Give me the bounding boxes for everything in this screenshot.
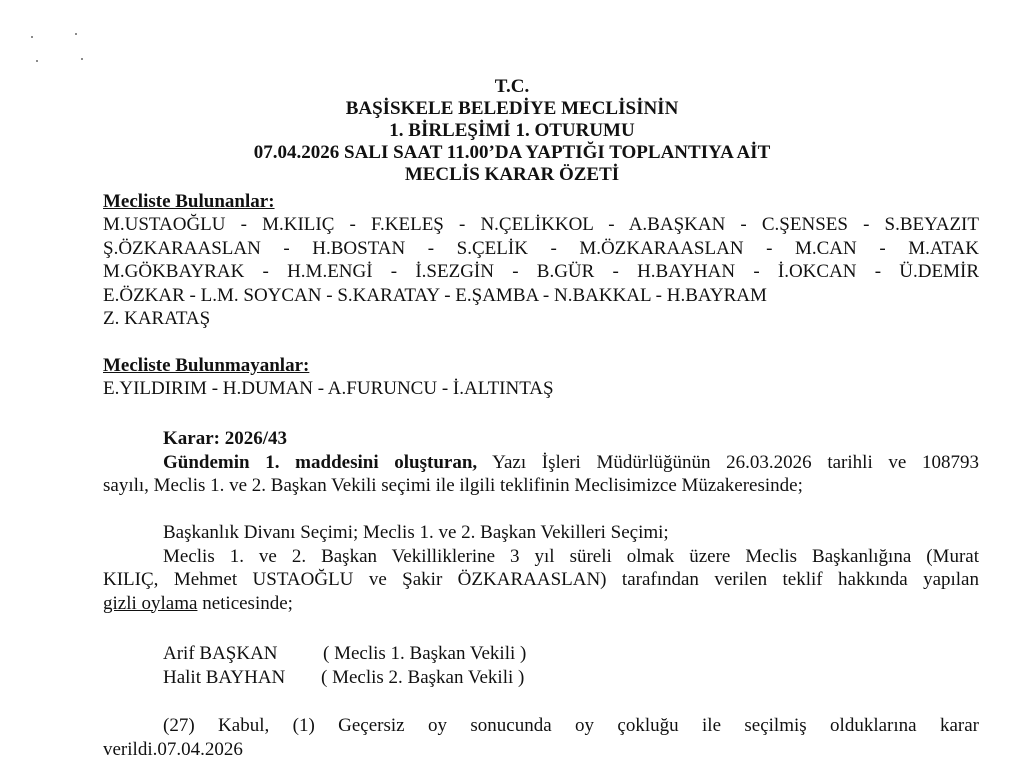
present-members-list: M.USTAOĞLU - M.KILIÇ - F.KELEŞ - N.ÇELİK… bbox=[103, 213, 979, 331]
present-row: Z. KARATAŞ bbox=[103, 307, 979, 331]
present-row: M.GÖKBAYRAK - H.M.ENGİ - İ.SEZGİN - B.GÜ… bbox=[103, 260, 979, 284]
absent-members: E.YILDIRIM - H.DUMAN - A.FURUNCU - İ.ALT… bbox=[103, 377, 554, 401]
present-row: Ş.ÖZKARAASLAN - H.BOSTAN - S.ÇELİK - M.Ö… bbox=[103, 237, 979, 261]
results-list: Arif BAŞKAN( Meclis 1. Başkan Vekili ) H… bbox=[103, 642, 979, 689]
conclusion-line-1: (27) Kabul, (1) Geçersiz oy sonucunda oy… bbox=[103, 714, 979, 738]
present-title: Mecliste Bulunanlar: bbox=[103, 191, 275, 213]
present-row: M.USTAOĞLU - M.KILIÇ - F.KELEŞ - N.ÇELİK… bbox=[103, 213, 979, 237]
proposal-line-1: Meclis 1. ve 2. Başkan Vekilliklerine 3 … bbox=[103, 545, 979, 569]
conclusion-line-2: verildi.07.04.2026 bbox=[103, 738, 979, 762]
proposal-block: Başkanlık Divanı Seçimi; Meclis 1. ve 2.… bbox=[103, 521, 979, 615]
agenda-bold: Gündemin 1. maddesini oluşturan, bbox=[163, 452, 477, 473]
conclusion-block: (27) Kabul, (1) Geçersiz oy sonucunda oy… bbox=[103, 714, 979, 761]
present-row: E.ÖZKAR - L.M. SOYCAN - S.KARATAY - E.ŞA… bbox=[103, 284, 979, 308]
elected-name: Halit BAYHAN bbox=[163, 666, 321, 690]
agenda-line-2: sayılı, Meclis 1. ve 2. Başkan Vekili se… bbox=[103, 474, 979, 498]
election-title: Başkanlık Divanı Seçimi; Meclis 1. ve 2.… bbox=[103, 521, 979, 545]
elected-role: ( Meclis 1. Başkan Vekili ) bbox=[323, 643, 526, 664]
absent-title: Mecliste Bulunmayanlar: bbox=[103, 355, 309, 377]
decision-number: Karar: 2026/43 bbox=[103, 427, 979, 451]
proposal-line-3: gizli oylama neticesinde; bbox=[103, 592, 979, 616]
proposal-line-2: KILIÇ, Mehmet USTAOĞLU ve Şakir ÖZKARAAS… bbox=[103, 568, 979, 592]
proposal-line-3-rest: neticesinde; bbox=[197, 593, 293, 614]
elected-name: Arif BAŞKAN bbox=[163, 642, 323, 666]
document-header: T.C. BAŞİSKELE BELEDİYE MECLİSİNİN 1. Bİ… bbox=[0, 76, 1024, 186]
header-tc: T.C. bbox=[0, 76, 1024, 98]
decision-block: Karar: 2026/43 Gündemin 1. maddesini olu… bbox=[103, 427, 979, 498]
result-row: Halit BAYHAN( Meclis 2. Başkan Vekili ) bbox=[103, 666, 979, 690]
elected-role: ( Meclis 2. Başkan Vekili ) bbox=[321, 667, 524, 688]
header-council: BAŞİSKELE BELEDİYE MECLİSİNİN bbox=[0, 98, 1024, 120]
header-meeting-date: 07.04.2026 SALI SAAT 11.00’DA YAPTIĞI TO… bbox=[0, 142, 1024, 164]
header-summary-title: MECLİS KARAR ÖZETİ bbox=[0, 164, 1024, 186]
secret-ballot: gizli oylama bbox=[103, 593, 197, 614]
agenda-line-1: Gündemin 1. maddesini oluşturan, Yazı İş… bbox=[103, 451, 979, 475]
agenda-rest: Yazı İşleri Müdürlüğünün 26.03.2026 tari… bbox=[477, 452, 979, 473]
header-session: 1. BİRLEŞİMİ 1. OTURUMU bbox=[0, 120, 1024, 142]
result-row: Arif BAŞKAN( Meclis 1. Başkan Vekili ) bbox=[103, 642, 979, 666]
